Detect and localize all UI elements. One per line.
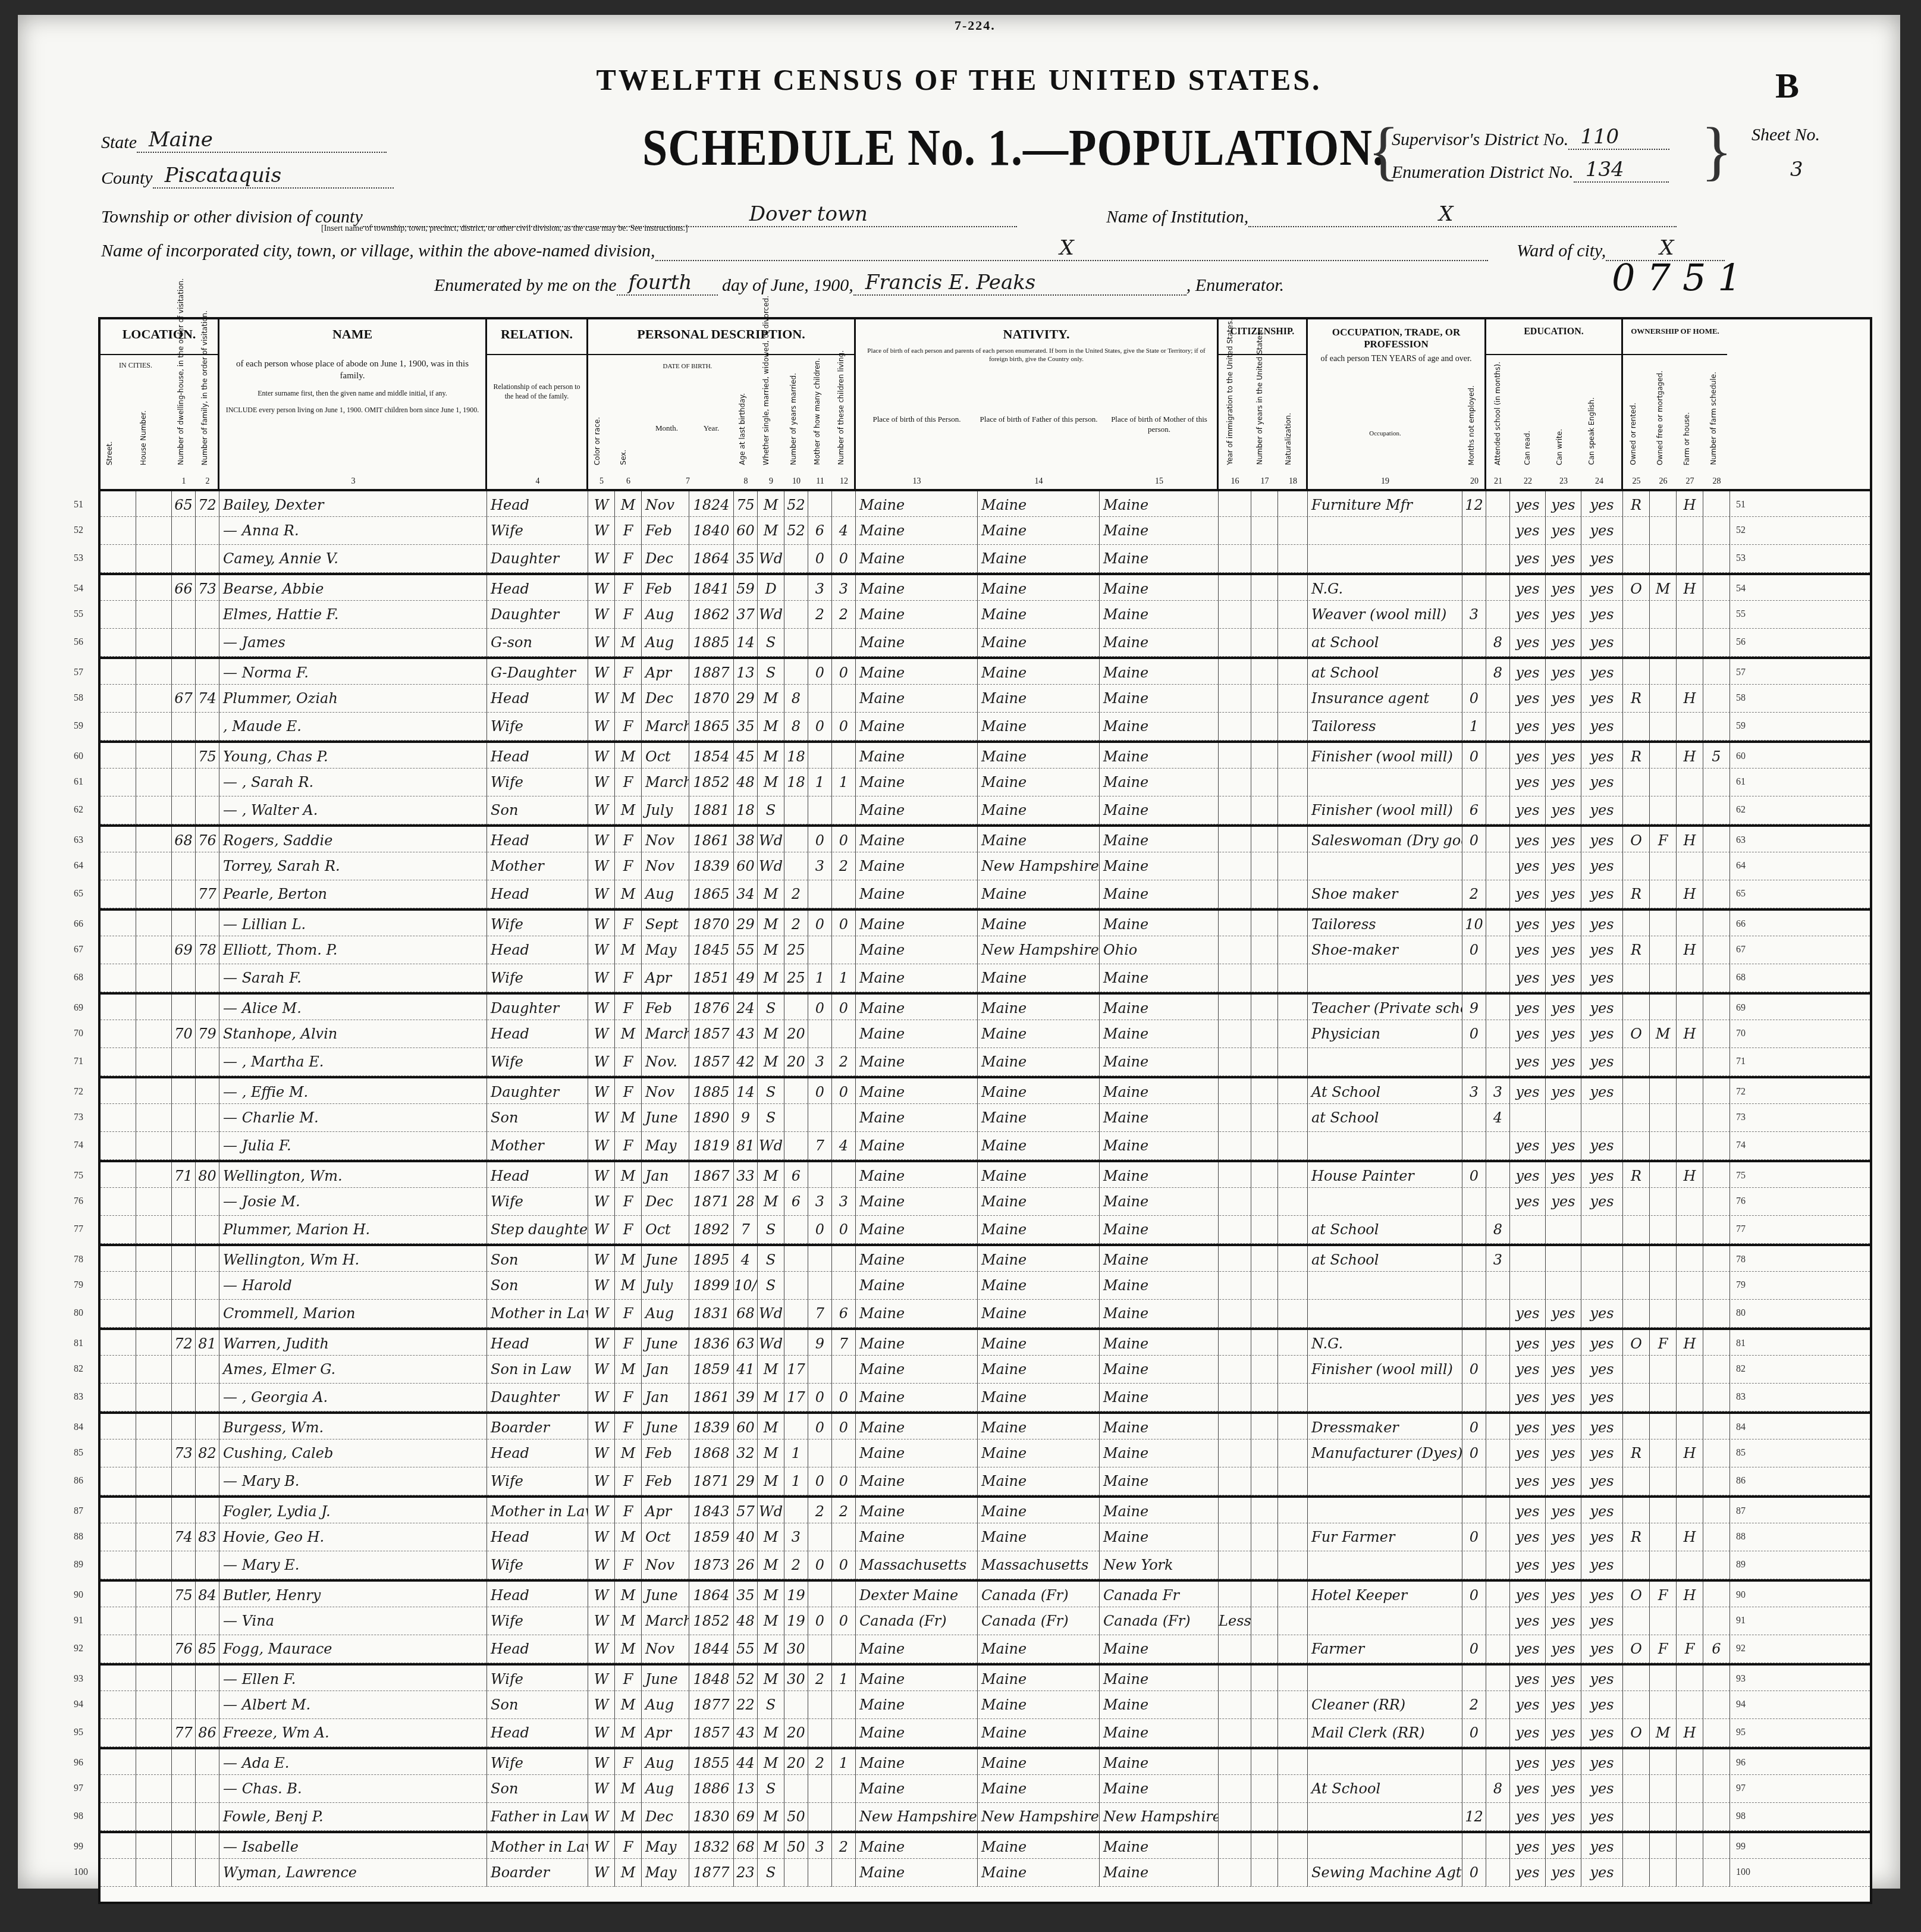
cell-mne [1462,1498,1486,1526]
cell-read: yes [1510,1300,1546,1328]
cell-dw [172,1414,196,1442]
cell-street [101,1356,136,1384]
cell-name: — Vina [219,1607,487,1635]
cell-bp: Maine [856,1439,978,1467]
cell-mne [1462,1330,1486,1358]
cell-fh [1677,659,1703,687]
cell-yus [1251,1775,1278,1803]
state-value: Maine [137,128,213,152]
cell-street [101,1775,136,1803]
cell-read: yes [1510,1749,1546,1777]
cell-own [1623,769,1650,796]
cell-bm: Maine [1100,1104,1219,1132]
cell-fh [1677,601,1703,629]
cell-color: W [588,1384,615,1412]
cell-read: yes [1510,743,1546,771]
cell-imm [1219,796,1251,824]
cell-cl: 2 [832,1833,856,1861]
cell-mar: M [758,769,784,796]
cell-sex: M [615,1272,642,1300]
line-number-left: 95 [74,1727,83,1738]
cell-sch [1486,936,1510,964]
cell-ym: 20 [784,1048,808,1076]
cell-moc [808,1162,832,1190]
cell-write: yes [1546,575,1581,603]
cell-read: yes [1510,545,1546,573]
cell-rel: Daughter [487,601,588,629]
cell-yus [1251,601,1278,629]
cell-bm: Maine [1100,1666,1219,1693]
cell-street [101,659,136,687]
stamp-number: 0751 [1612,256,1753,299]
cell-rel: Son [487,1691,588,1719]
cell-dw: 67 [172,685,196,713]
cell-moc [808,936,832,964]
cell-age: 68 [734,1833,758,1861]
line-number-left: 100 [74,1867,88,1878]
cell-color: W [588,1104,615,1132]
cell-name: Warren, Judith [219,1330,487,1358]
cell-ym [784,659,808,687]
cell-house [136,1803,172,1831]
cell-imm [1219,1384,1251,1412]
cell-write: yes [1546,964,1581,992]
cell-age: 35 [734,545,758,573]
cell-month: March [642,713,689,741]
cell-yus [1251,517,1278,545]
cell-dw [172,1216,196,1244]
cell-mne: 0 [1462,1439,1486,1467]
cell-name: Wellington, Wm H. [219,1246,487,1274]
cell-occ: Finisher (wool mill) [1308,1356,1462,1384]
table-row: — Alice M.DaughterWFFeb187624S00MaineMai… [101,992,1870,1020]
cell-bm: Maine [1100,659,1219,687]
cell-mar: M [758,1162,784,1190]
cell-sex: F [615,601,642,629]
cell-occ [1308,1300,1462,1328]
cell-fam [196,964,219,992]
cell-imm [1219,964,1251,992]
cell-yus [1251,1272,1278,1300]
cell-eng: yes [1581,1498,1623,1526]
cell-sch [1486,1551,1510,1579]
cell-mne [1462,1775,1486,1803]
cell-house [136,1551,172,1579]
table-row: 7685Fogg, MauraceHeadWMNov184455M30Maine… [101,1635,1870,1663]
cell-own: R [1623,743,1650,771]
cell-color: W [588,1635,615,1663]
cell-ym: 25 [784,936,808,964]
cell-name: Crommell, Marion [219,1300,487,1328]
cell-fs [1703,713,1730,741]
cell-dw [172,601,196,629]
cell-nat [1278,491,1308,519]
cell-eng: yes [1581,685,1623,713]
cell-mar: M [758,491,784,519]
institution-value: X [1248,202,1453,226]
cell-month: Oct [642,1523,689,1551]
cell-name: Camey, Annie V. [219,545,487,573]
cell-sch [1486,1356,1510,1384]
cell-color: W [588,1188,615,1216]
cell-write: yes [1546,1188,1581,1216]
table-row: — Anna R.WifeWFFeb184060M5264MaineMaineM… [101,517,1870,545]
census-sheet: 7-224. TWELFTH CENSUS OF THE UNITED STAT… [18,15,1900,1889]
cell-rel: Head [487,1439,588,1467]
cell-house [136,1162,172,1190]
cell-bf: Maine [978,1104,1100,1132]
cell-fh [1677,1749,1703,1777]
cell-mar: M [758,1833,784,1861]
cell-sex: F [615,713,642,741]
cell-rel: Head [487,685,588,713]
line-number-right: 79 [1736,1280,1746,1291]
cell-fs [1703,1216,1730,1244]
cell-fh: H [1677,1162,1703,1190]
cell-age: 35 [734,713,758,741]
cell-mne: 0 [1462,936,1486,964]
table-row: Fowle, Benj P.Father in LawWMDec183069M5… [101,1803,1870,1831]
cell-rel: Wife [487,1467,588,1495]
cell-bm: Maine [1100,685,1219,713]
cell-cl: 0 [832,1216,856,1244]
cell-house [136,1775,172,1803]
line-number-left: 66 [74,919,83,930]
cell-house [136,575,172,603]
cell-free [1650,995,1677,1023]
cell-own: O [1623,1719,1650,1747]
line-number-right: 68 [1736,973,1746,983]
cell-bp: Maine [856,629,978,657]
cell-fh [1677,1833,1703,1861]
cell-age: 42 [734,1048,758,1076]
cell-month: March [642,1020,689,1048]
cell-rel: Mother [487,1132,588,1160]
cell-name: Wellington, Wm. [219,1162,487,1190]
cell-sex: F [615,1414,642,1442]
cell-imm [1219,1048,1251,1076]
cell-color: W [588,1078,615,1106]
cell-nat [1278,1020,1308,1048]
cell-moc: 6 [808,517,832,545]
cell-occ [1308,1048,1462,1076]
cell-nat [1278,1356,1308,1384]
cell-sch [1486,713,1510,741]
cell-cl [832,1356,856,1384]
cell-nat [1278,1078,1308,1106]
cell-year: 1870 [689,685,734,713]
cell-own [1623,601,1650,629]
cell-write: yes [1546,685,1581,713]
cell-mne: 0 [1462,1582,1486,1610]
cell-mne: 0 [1462,743,1486,771]
cell-street [101,1749,136,1777]
cell-fs [1703,852,1730,880]
institution-field: Name of Institution,X [1106,202,1677,227]
cell-imm [1219,575,1251,603]
cell-free [1650,1162,1677,1190]
cell-own [1623,995,1650,1023]
cell-write: yes [1546,1356,1581,1384]
cell-moc: 0 [808,713,832,741]
cell-dw: 77 [172,1719,196,1747]
cell-imm [1219,1300,1251,1328]
cell-read: yes [1510,1833,1546,1861]
cell-imm [1219,1719,1251,1747]
cell-cl: 1 [832,964,856,992]
cell-bf: Maine [978,827,1100,855]
cell-write: yes [1546,601,1581,629]
cell-sex: M [615,1104,642,1132]
cell-nat [1278,659,1308,687]
cell-bf: Maine [978,1414,1100,1442]
cell-month: June [642,1414,689,1442]
cell-dw [172,1188,196,1216]
line-number-left: 67 [74,945,83,955]
cell-year: 1885 [689,1078,734,1106]
cell-name: Elmes, Hattie F. [219,601,487,629]
cell-yus [1251,545,1278,573]
cell-age: 23 [734,1859,758,1887]
cell-bm: Maine [1100,964,1219,992]
table-row: 7079Stanhope, AlvinHeadWMMarch185743M20M… [101,1020,1870,1048]
cell-dw [172,1498,196,1526]
cell-own [1623,1246,1650,1274]
cell-house [136,1833,172,1861]
line-number-left: 77 [74,1224,83,1235]
cell-color: W [588,1272,615,1300]
cell-dw: 66 [172,575,196,603]
cell-eng: yes [1581,1523,1623,1551]
cell-cl: 2 [832,601,856,629]
cell-age: 28 [734,1188,758,1216]
cell-sex: M [615,1803,642,1831]
cell-mne [1462,1048,1486,1076]
cell-moc: 0 [808,1414,832,1442]
cell-ym [784,629,808,657]
line-number-right: 58 [1736,693,1746,704]
cell-imm [1219,880,1251,908]
cell-color: W [588,545,615,573]
cell-free [1650,1691,1677,1719]
cell-sch [1486,1272,1510,1300]
cell-mar: M [758,1582,784,1610]
cell-own [1623,796,1650,824]
cell-house [136,1498,172,1526]
cell-write [1546,1104,1581,1132]
cell-cl [832,1162,856,1190]
cell-bf: Canada (Fr) [978,1582,1100,1610]
table-row: Camey, Annie V.DaughterWFDec186435Wd00Ma… [101,545,1870,573]
cell-own: R [1623,1162,1650,1190]
line-number-right: 76 [1736,1196,1746,1207]
cell-street [101,827,136,855]
cell-year: 1824 [689,491,734,519]
cell-name: Wyman, Lawrence [219,1859,487,1887]
cell-fam: 76 [196,827,219,855]
cell-month: March [642,769,689,796]
cell-year: 1857 [689,1020,734,1048]
cell-dw: 74 [172,1523,196,1551]
cell-dw [172,1272,196,1300]
cell-color: W [588,1498,615,1526]
cell-mne [1462,1384,1486,1412]
cell-house [136,1439,172,1467]
cell-bf: New Hampshire [978,1803,1100,1831]
cell-cl: 0 [832,545,856,573]
cell-ym [784,1330,808,1358]
cell-free [1650,713,1677,741]
line-number-right: 80 [1736,1308,1746,1319]
cell-bf: Maine [978,629,1100,657]
cell-nat [1278,517,1308,545]
cell-bf: Maine [978,1719,1100,1747]
cell-rel: Son [487,1775,588,1803]
cell-house [136,517,172,545]
cell-write: yes [1546,1300,1581,1328]
cell-fs [1703,911,1730,939]
cell-mne [1462,1833,1486,1861]
cell-bm: Maine [1100,1467,1219,1495]
table-row: — , Walter A.SonWMJuly188118SMaineMaineM… [101,796,1870,824]
cell-name: Bailey, Dexter [219,491,487,519]
cell-color: W [588,659,615,687]
cell-ym [784,1300,808,1328]
cell-yus [1251,1467,1278,1495]
cell-occ: at School [1308,629,1462,657]
cell-fam: 79 [196,1020,219,1048]
cell-occ: Cleaner (RR) [1308,1691,1462,1719]
cell-mne: 0 [1462,1356,1486,1384]
line-number-left: 64 [74,861,83,871]
cell-eng: yes [1581,1467,1623,1495]
table-row: 77Pearle, BertonHeadWMAug186534M2MaineMa… [101,880,1870,908]
cell-rel: Wife [487,1551,588,1579]
cell-month: Aug [642,629,689,657]
cell-free [1650,1132,1677,1160]
cell-bp: Maine [856,1749,978,1777]
cell-street [101,545,136,573]
cell-write: yes [1546,743,1581,771]
cell-fam: 75 [196,743,219,771]
cell-color: W [588,1162,615,1190]
cell-sch [1486,1467,1510,1495]
cell-ym [784,545,808,573]
cell-own [1623,1859,1650,1887]
cell-street [101,1523,136,1551]
line-number-right: 63 [1736,835,1746,846]
cell-month: Dec [642,1803,689,1831]
line-number-left: 74 [74,1140,83,1151]
cell-year: 1851 [689,964,734,992]
cell-fam [196,1775,219,1803]
cell-house [136,796,172,824]
cell-age: 29 [734,685,758,713]
cell-sch [1486,911,1510,939]
cell-age: 14 [734,1078,758,1106]
cell-own [1623,1833,1650,1861]
cell-dw [172,1467,196,1495]
line-number-left: 69 [74,1003,83,1014]
cell-sex: F [615,1666,642,1693]
cell-bf: Maine [978,743,1100,771]
cell-name: Fogg, Maurace [219,1635,487,1663]
cell-bf: Maine [978,685,1100,713]
cell-mne: 2 [1462,1691,1486,1719]
cell-read: yes [1510,575,1546,603]
cell-yus [1251,685,1278,713]
cell-write: yes [1546,517,1581,545]
cell-eng: yes [1581,1719,1623,1747]
cell-fam: 78 [196,936,219,964]
line-number-left: 60 [74,751,83,762]
cell-bm: Maine [1100,852,1219,880]
cell-rel: Daughter [487,545,588,573]
cell-moc: 2 [808,1749,832,1777]
cell-bp: Maine [856,1775,978,1803]
cell-month: Dec [642,1188,689,1216]
cell-bm: Maine [1100,1048,1219,1076]
line-number-right: 55 [1736,609,1746,620]
cell-nat [1278,1719,1308,1747]
cell-fh [1677,1666,1703,1693]
cell-bf: Maine [978,880,1100,908]
cell-own [1623,1048,1650,1076]
cell-dw [172,1132,196,1160]
cell-age: 63 [734,1330,758,1358]
cell-color: W [588,1859,615,1887]
table-row: 6978Elliott, Thom. P.HeadWMMay184555M25M… [101,936,1870,964]
cell-nat [1278,827,1308,855]
cell-moc: 0 [808,659,832,687]
cell-mne: 0 [1462,685,1486,713]
cell-mar: Wd [758,852,784,880]
cell-moc: 7 [808,1300,832,1328]
cell-ym: 52 [784,491,808,519]
cell-free [1650,1246,1677,1274]
cell-bf: Maine [978,1498,1100,1526]
cell-own [1623,1300,1650,1328]
cell-house [136,1188,172,1216]
cell-house [136,659,172,687]
cell-eng: yes [1581,1384,1623,1412]
cell-mar: M [758,1020,784,1048]
cell-house [136,1467,172,1495]
cell-rel: Wife [487,911,588,939]
cell-cl: 0 [832,1414,856,1442]
cell-name: — Albert M. [219,1691,487,1719]
cell-ym: 2 [784,880,808,908]
cell-yus [1251,575,1278,603]
cell-fs [1703,1666,1730,1693]
cell-cl: 0 [832,911,856,939]
cell-cl: 4 [832,1132,856,1160]
cell-eng: yes [1581,827,1623,855]
cell-sex: M [615,685,642,713]
cell-cl [832,1775,856,1803]
cell-nat [1278,1384,1308,1412]
cell-year: 1839 [689,852,734,880]
cell-fam [196,1216,219,1244]
cell-eng: yes [1581,1439,1623,1467]
cell-fs: 5 [1703,743,1730,771]
cell-imm [1219,517,1251,545]
cell-ym [784,1104,808,1132]
cell-month: Aug [642,1749,689,1777]
cell-age: 22 [734,1691,758,1719]
cell-dw [172,796,196,824]
cell-moc [808,1775,832,1803]
